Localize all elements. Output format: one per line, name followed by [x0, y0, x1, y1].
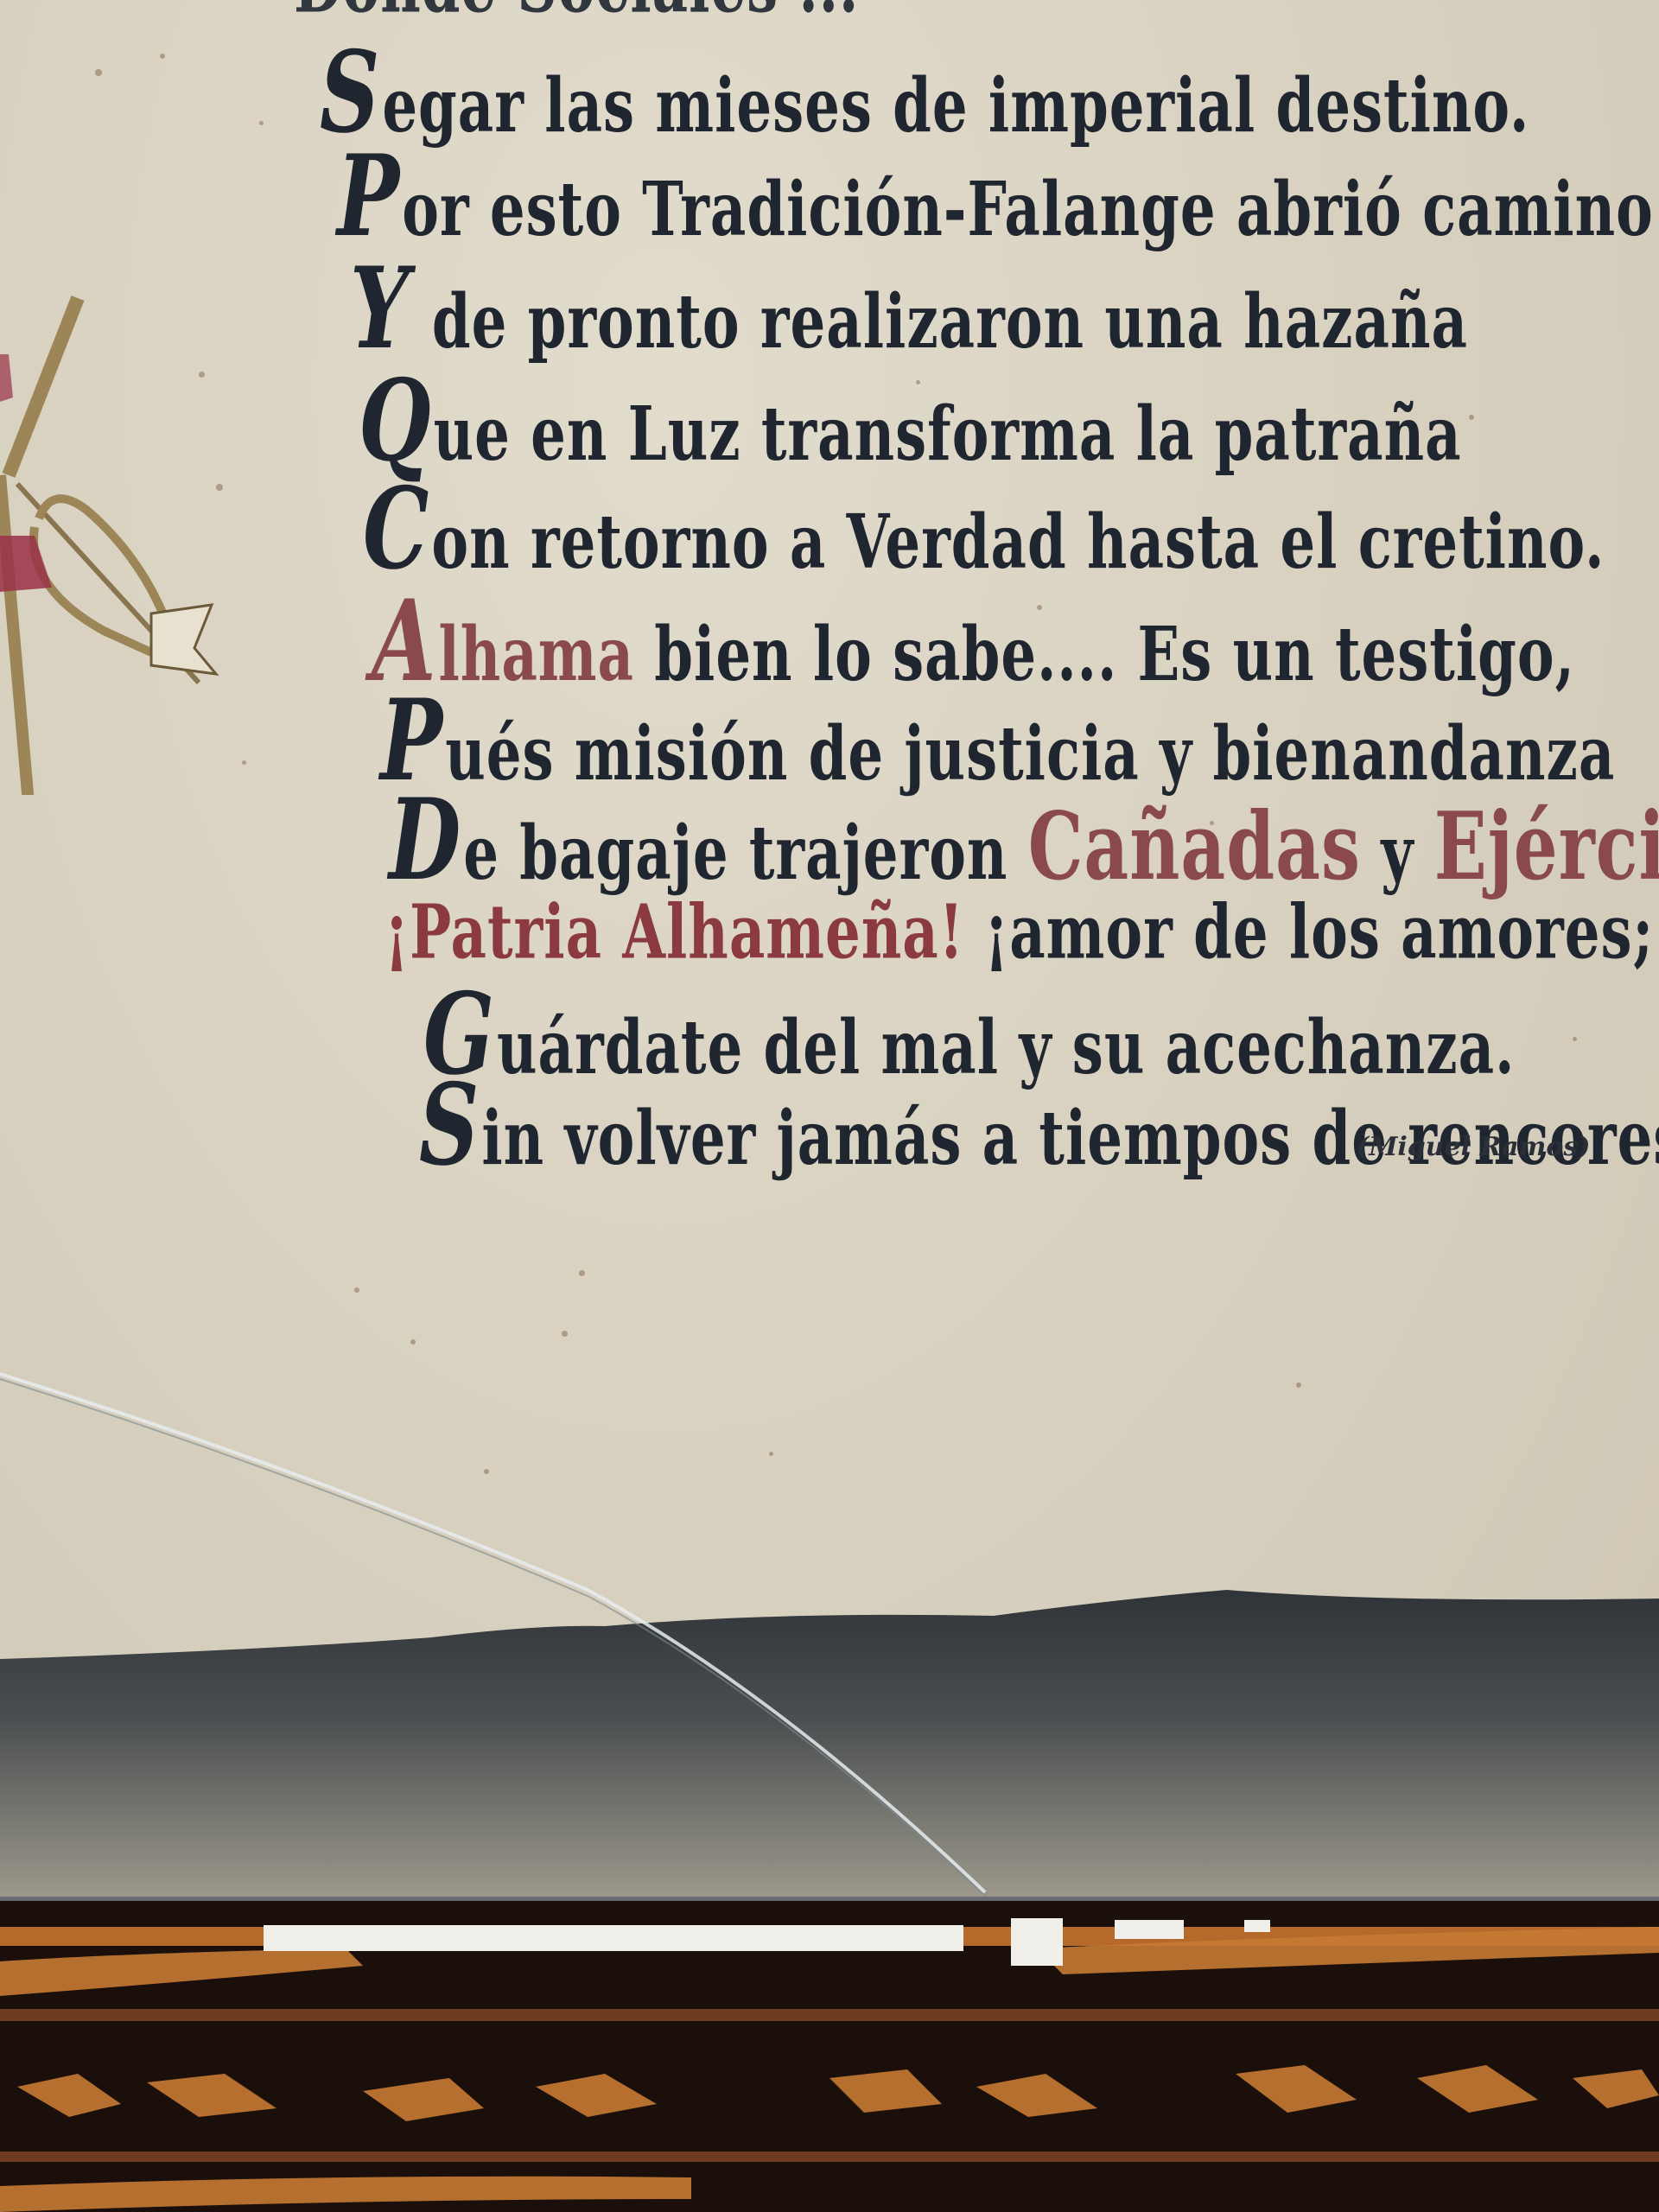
paint-chip [264, 1925, 963, 1951]
paint-chip [1244, 1920, 1270, 1932]
poem-line-11: Sin volver jamás a tiempos de rencores [419, 1058, 1659, 1191]
poem-text: Donde Sociales ... Segar las mieses de i… [0, 0, 1659, 1227]
author-signature: (Miguel Ramos) [1357, 1132, 1590, 1162]
poem-line-8: De bagaje trajeron Cañadas y Ejército d [389, 773, 1659, 906]
paint-chip [1115, 1920, 1184, 1939]
paint-chip [1011, 1918, 1063, 1966]
wooden-frame [0, 1901, 1659, 2212]
poem-line-9: ¡Patria Alhameña! ¡amor de los amores; [385, 889, 1654, 976]
